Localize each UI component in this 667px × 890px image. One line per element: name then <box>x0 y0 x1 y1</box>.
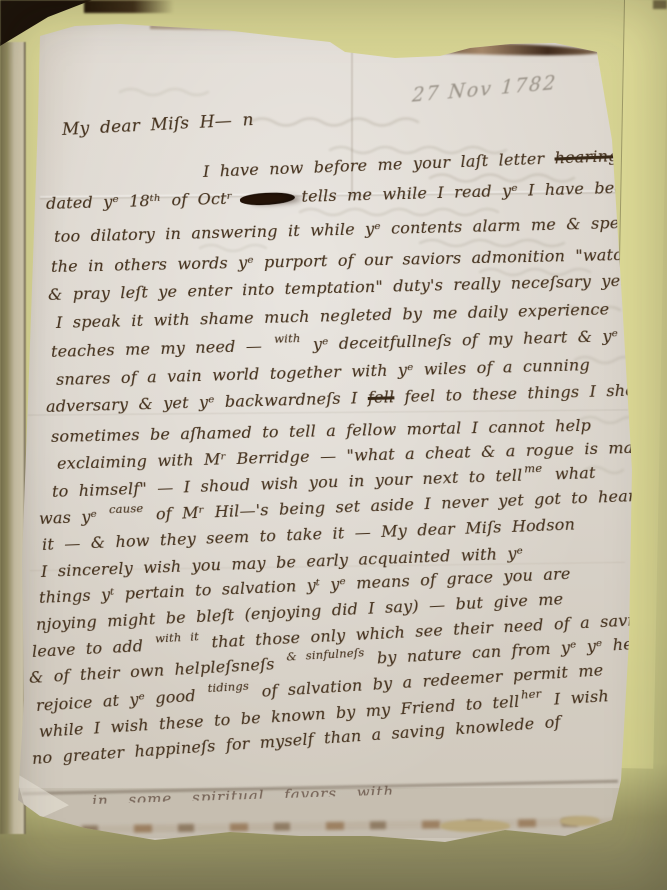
ink-blot <box>239 191 295 206</box>
inserted-word: with <box>274 328 301 349</box>
letter-photo: 27 Nov 1782 My dear Miſs H— n I have now… <box>0 0 667 890</box>
inserted-word: & sinfulneſs <box>286 642 365 666</box>
inserted-word: with it <box>154 626 199 648</box>
letter-paper: 27 Nov 1782 My dear Miſs H— n I have now… <box>0 0 667 890</box>
line-text: dated yᵉ 18ᵗʰ of Octʳ <box>46 189 233 213</box>
line-text: what <box>544 463 596 484</box>
binding-shadow-strip <box>84 0 174 13</box>
inserted-word: me <box>524 458 543 479</box>
inserted-word: her <box>520 683 542 704</box>
torn-edge-fragment <box>560 816 600 826</box>
struck-word: fell <box>368 387 395 407</box>
album-page-edge <box>0 42 26 834</box>
struck-word: hearing <box>554 146 619 167</box>
corner-shadow <box>653 0 667 9</box>
inserted-word: cause <box>109 498 144 519</box>
torn-edge-fragment <box>440 820 510 832</box>
line-text: I wish <box>543 686 609 709</box>
inserted-word: tidings <box>207 676 250 699</box>
line-text: was yᵉ <box>39 506 108 528</box>
